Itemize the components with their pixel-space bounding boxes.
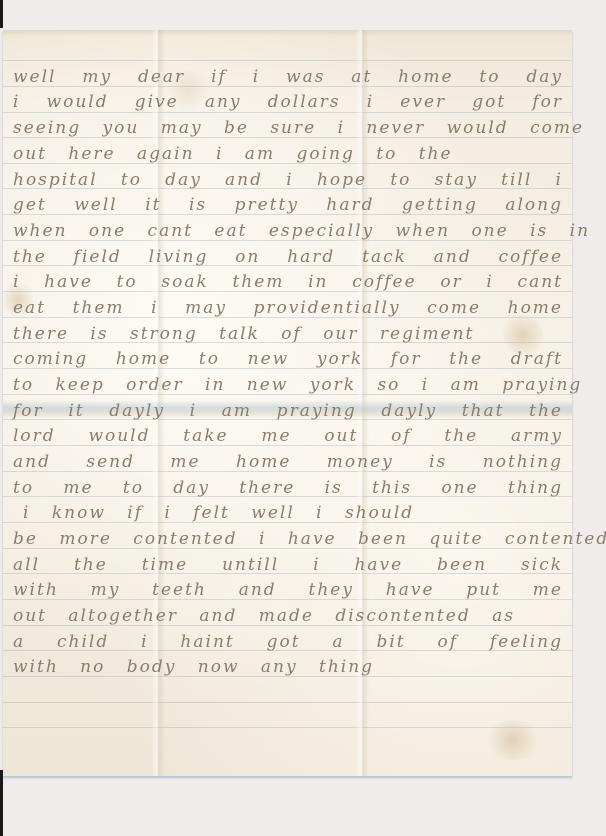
scanner-edge-bottom (0, 770, 3, 836)
handwritten-line: and send me home money is nothing (13, 451, 563, 473)
letter-page: well my dear if i was at home to day i w… (3, 30, 572, 776)
handwritten-line: when one cant eat especially when one is… (13, 220, 563, 242)
paper-top-edge (3, 30, 572, 36)
scanner-edge-top (0, 0, 3, 28)
handwritten-line: to me to day there is this one thing (13, 477, 563, 499)
ruled-line (3, 727, 572, 728)
handwritten-line: seeing you may be sure i never would com… (13, 117, 563, 139)
handwritten-line: with no body now any thing (13, 656, 563, 678)
ruled-line (3, 702, 572, 703)
handwritten-line: the field living on hard tack and coffee (13, 246, 563, 268)
handwritten-line: all the time untill i have been sick (13, 554, 563, 576)
handwritten-line: get well it is pretty hard getting along (13, 194, 563, 216)
handwritten-line: lord would take me out of the army (13, 425, 563, 447)
handwritten-line: for it dayly i am praying dayly that the (13, 400, 563, 422)
handwritten-line: a child i haint got a bit of feeling (13, 631, 563, 653)
handwritten-line: there is strong talk of our regiment (13, 323, 563, 345)
handwritten-line: out altogether and made discontented as (13, 605, 563, 627)
handwritten-line: coming home to new york for the draft (13, 348, 563, 370)
handwritten-line: be more contented i have been quite cont… (13, 528, 563, 550)
handwritten-line: i know if i felt well i should (23, 502, 573, 524)
handwritten-line: hospital to day and i hope to stay till … (13, 169, 563, 191)
handwritten-line: with my teeth and they have put me (13, 579, 563, 601)
handwritten-line: out here again i am going to the (13, 143, 563, 165)
handwritten-line: i would give any dollars i ever got for (13, 91, 563, 113)
handwritten-line: eat them i may providentially come home (13, 297, 563, 319)
handwritten-line: i have to soak them in coffee or i cant (13, 271, 563, 293)
ruled-line (3, 60, 572, 61)
handwritten-line: well my dear if i was at home to day (13, 66, 563, 88)
handwritten-line: to keep order in new york so i am prayin… (13, 374, 563, 396)
stain (483, 720, 543, 760)
